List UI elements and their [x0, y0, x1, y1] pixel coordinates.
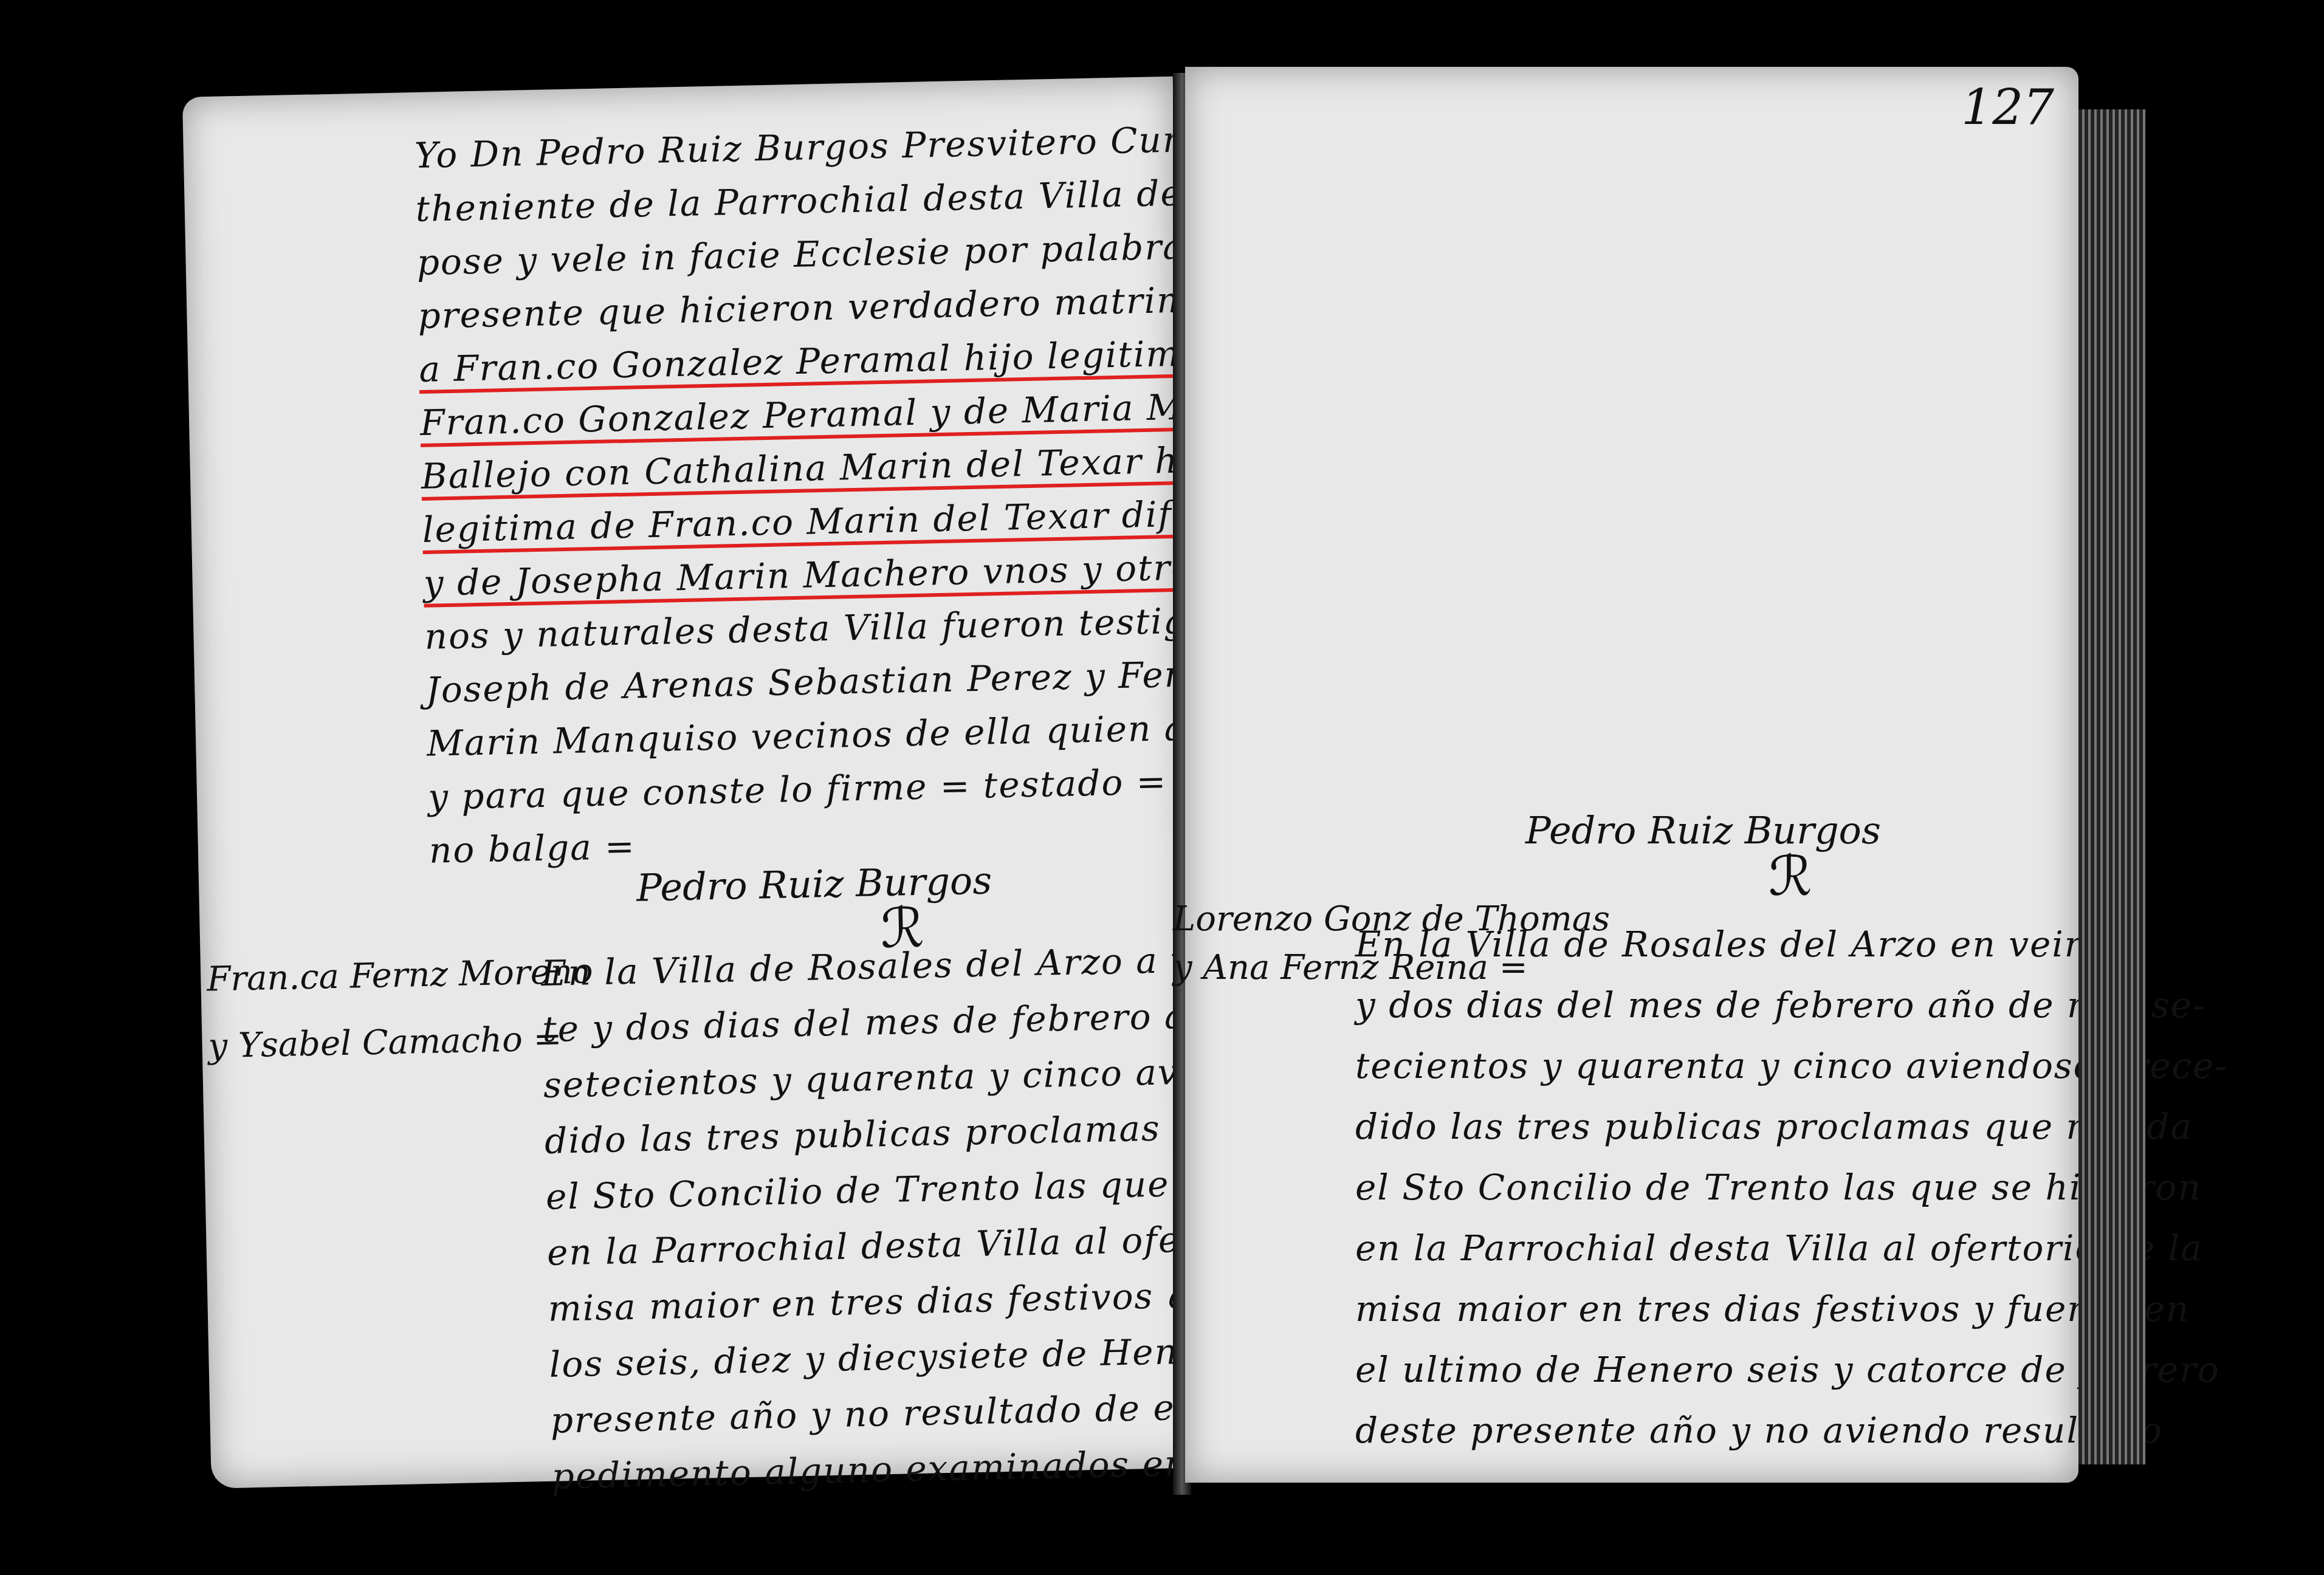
left-page: Yo Dn Pedro Ruiz Burgos Presvitero Curat…: [182, 77, 1202, 1489]
signature-left: Pedro Ruiz Burgos: [636, 858, 992, 910]
manuscript-line: Marin Manquiso vecinos de ella quien avi…: [427, 705, 1262, 764]
folio-number: 127: [1961, 79, 2054, 136]
open-register-book: Yo Dn Pedro Ruiz Burgos Presvitero Curat…: [182, 61, 2097, 1507]
margin-note-left-2: y Ysabel Camacho =: [208, 1019, 562, 1066]
manuscript-line: no balga =: [428, 826, 636, 871]
manuscript-line: theniente de la Parrochial desta Villa d…: [415, 171, 1215, 230]
page-edges: [2078, 109, 2145, 1464]
manuscript-line: En la Villa de Rosales del Arzo a vein-: [541, 938, 1264, 994]
manuscript-line: Ballejo con Cathalina Marin del Texar hi…: [421, 439, 1226, 501]
manuscript-line: Yo Dn Pedro Ruiz Burgos Presvitero Cura: [414, 118, 1203, 176]
manuscript-line: misa maior en tres dias festivos y fuero…: [1355, 1288, 2190, 1330]
manuscript-line: dido las tres publicas proclamas que man…: [1355, 1106, 2193, 1147]
manuscript-line: nos y naturales desta Villa fueron testi…: [424, 599, 1229, 657]
margin-note-left-1: Fran.ca Fernz Moreno: [207, 952, 593, 999]
manuscript-line: Joseph de Arenas Sebastian Perez y Ferna…: [425, 651, 1299, 711]
signature-right: Pedro Ruiz Burgos: [1525, 808, 1881, 853]
manuscript-line: el Sto Concilio de Trento las que se hic…: [1355, 1167, 2202, 1208]
manuscript-line: en la Parrochial desta Villa al ofertori…: [1355, 1227, 2203, 1269]
rubric-right: ℛ: [1769, 845, 1812, 908]
left-entry-2: En la Villa de Rosales del Arzo a vein-t…: [182, 77, 1173, 97]
manuscript-line: a Fran.co Gonzalez Peramal hijo legitimo…: [419, 331, 1262, 394]
manuscript-line: pose y vele in facie Ecclesie por palabr…: [416, 224, 1263, 283]
left-entry-1: Yo Dn Pedro Ruiz Burgos Presvitero Curat…: [182, 77, 1173, 97]
manuscript-line: deste presente año y no aviendo resultad…: [1355, 1410, 2163, 1451]
manuscript-line: legitima de Fran.co Marin del Texar difu…: [422, 492, 1258, 554]
manuscript-line: En la Villa de Rosales del Arzo en veint…: [1355, 924, 2126, 965]
right-page: 127 Pedro Ruiz Burgos ℛ Lorenzo Gonz de …: [1185, 67, 2078, 1483]
manuscript-line: Fran.co Gonzalez Peramal y de Maria Mari…: [420, 385, 1262, 447]
manuscript-line: presente que hicieron verdadero matrimon…: [418, 278, 1273, 337]
